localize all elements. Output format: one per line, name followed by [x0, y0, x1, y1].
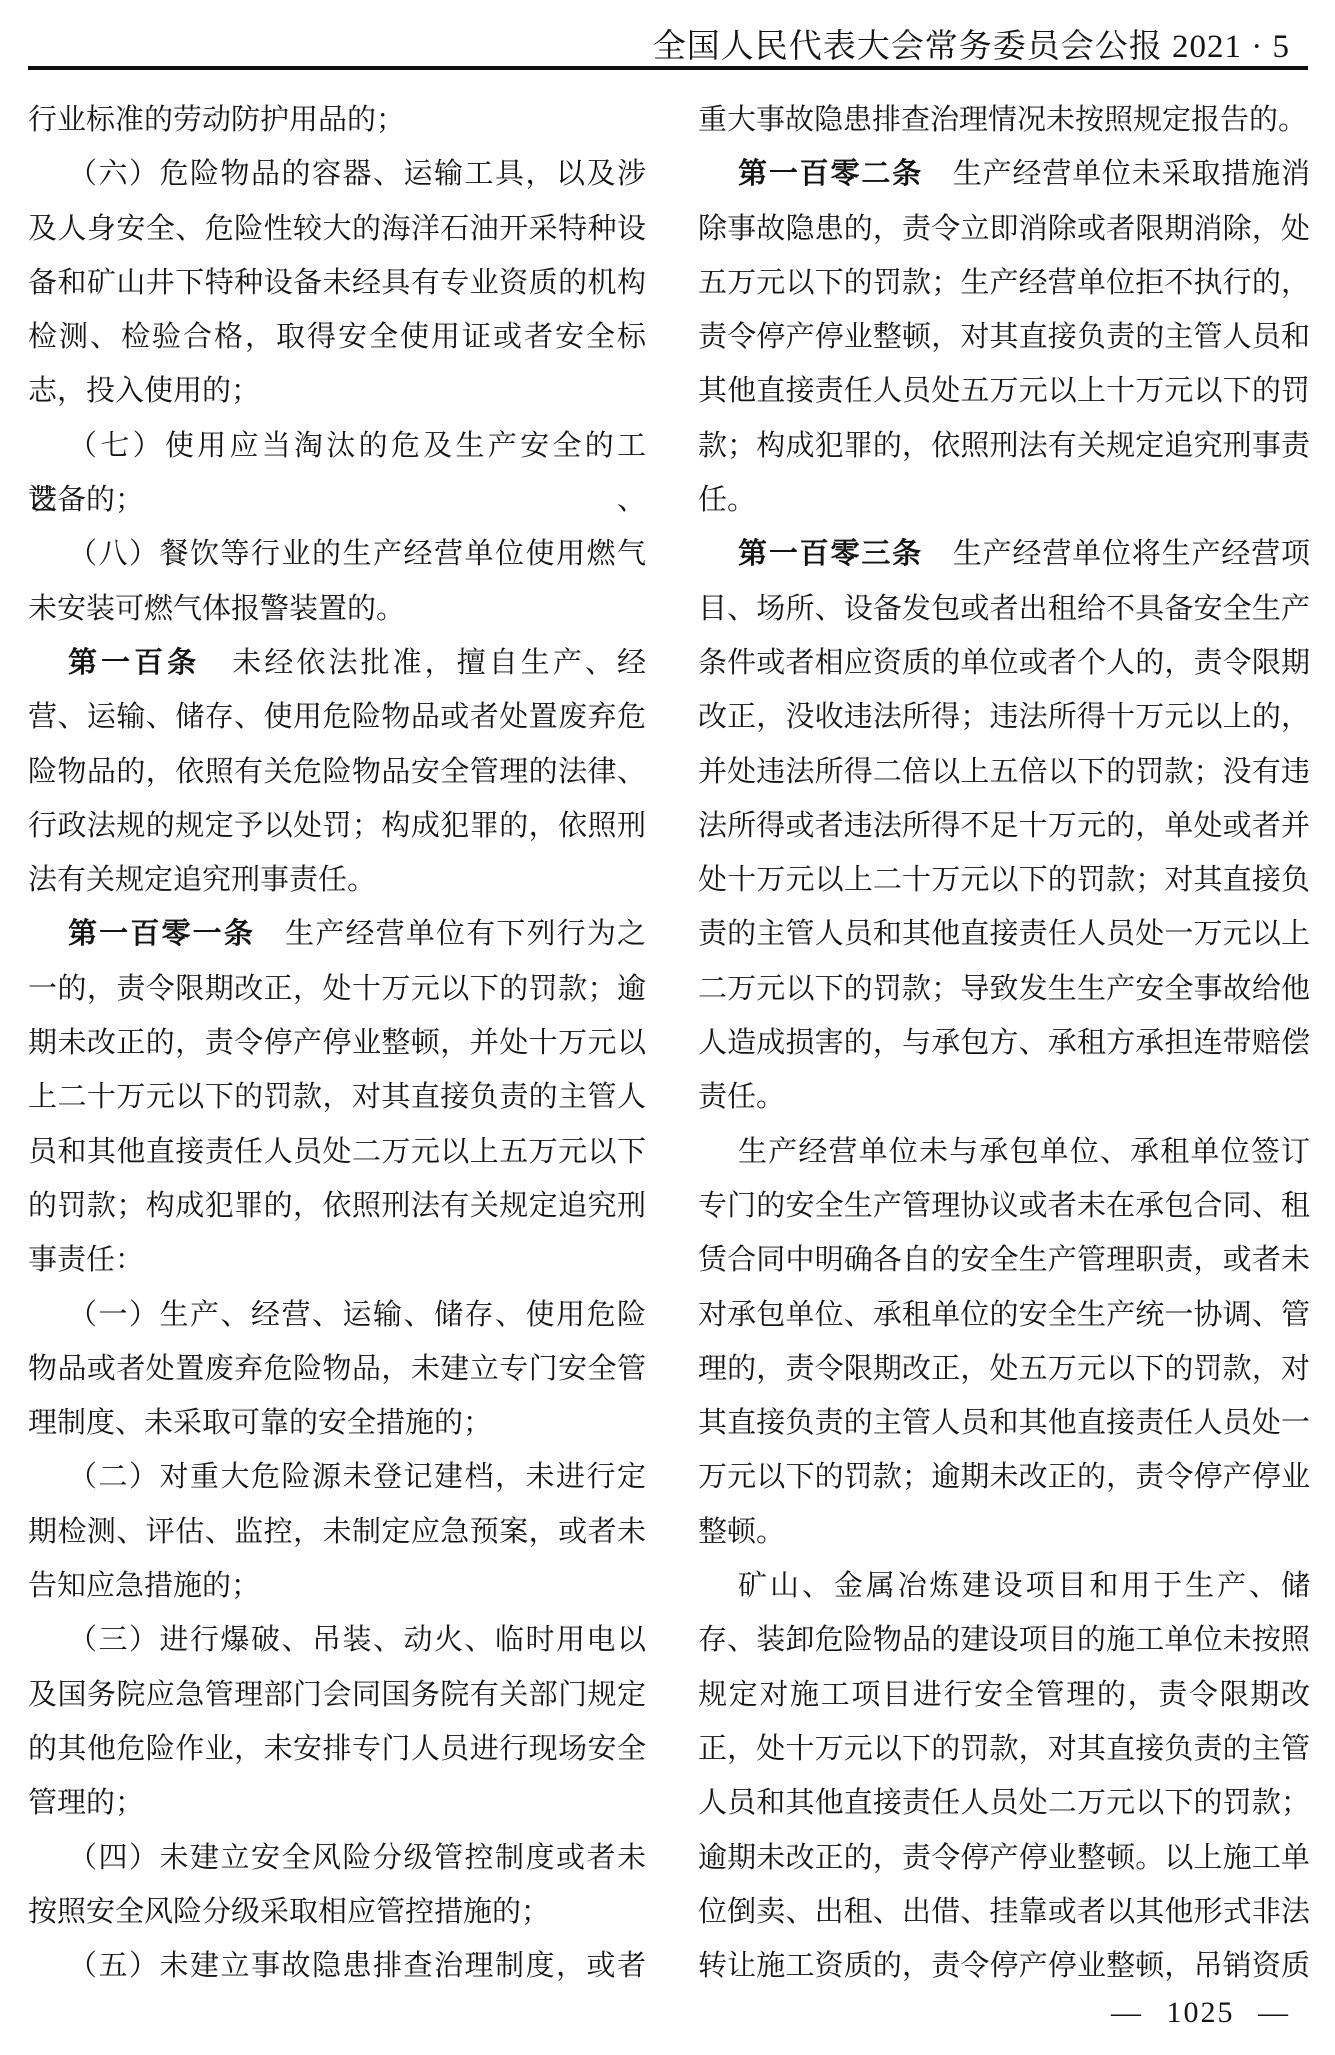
text-line: 志，投入使用的；	[28, 364, 646, 418]
text-line: 一的，责令限期改正，处十万元以下的罚款；逾	[28, 962, 646, 1016]
text-line: 生产经营单位未与承包单位、承租单位签订	[698, 1125, 1310, 1179]
text-line: 除事故隐患的，责令立即消除或者限期消除，处	[698, 202, 1310, 256]
text-line: 对承包单位、承租单位的安全生产统一协调、管	[698, 1288, 1310, 1342]
text-line: 整顿。	[698, 1505, 1310, 1559]
text-line: 的罚款；构成犯罪的，依照刑法有关规定追究刑	[28, 1179, 646, 1233]
text-line: 款；构成犯罪的，依照刑法有关规定追究刑事责	[698, 419, 1310, 473]
text-line: 专门的安全生产管理协议或者未在承包合同、租	[698, 1179, 1310, 1233]
text-line: 员和其他直接责任人员处二万元以上五万元以下	[28, 1125, 646, 1179]
text-line: 其他直接责任人员处五万元以上十万元以下的罚	[698, 364, 1310, 418]
text-line: 行业标准的劳动防护用品的；	[28, 93, 646, 147]
text-line: （六）危险物品的容器、运输工具，以及涉	[28, 147, 646, 201]
text-line: 告知应急措施的；	[28, 1559, 646, 1613]
text-line: 二万元以下的罚款；导致发生生产安全事故给他	[698, 962, 1310, 1016]
text-line: 五万元以下的罚款；生产经营单位拒不执行的，	[698, 256, 1310, 310]
text-line: 营、运输、储存、使用危险物品或者处置废弃危	[28, 690, 646, 744]
text-line: （二）对重大危险源未登记建档，未进行定	[28, 1450, 646, 1504]
text-line: 并处违法所得二倍以上五倍以下的罚款；没有违	[698, 745, 1310, 799]
text-line: 目、场所、设备发包或者出租给不具备安全生产	[698, 582, 1310, 636]
text-line: 位倒卖、出租、出借、挂靠或者以其他形式非法	[698, 1885, 1310, 1939]
text-line: 其直接负责的主管人员和其他直接责任人员处一	[698, 1396, 1310, 1450]
right-text-column: 重大事故隐患排查治理情况未按照规定报告的。第一百零二条 生产经营单位未采取措施消…	[698, 93, 1310, 1993]
text-line: 法有关规定追究刑事责任。	[28, 853, 646, 907]
text-line: 第一百条 未经依法批准，擅自生产、经	[28, 636, 646, 690]
text-line: 法所得或者违法所得不足十万元的，单处或者并	[698, 799, 1310, 853]
article-number: 第一百条	[68, 647, 200, 679]
text-line: 改正，没收违法所得；违法所得十万元以上的，	[698, 690, 1310, 744]
text-line: 未安装可燃气体报警装置的。	[28, 582, 646, 636]
text-line: （八）餐饮等行业的生产经营单位使用燃气	[28, 527, 646, 581]
text-line: 期检测、评估、监控，未制定应急预案，或者未	[28, 1505, 646, 1559]
text-line: 及国务院应急管理部门会同国务院有关部门规定	[28, 1668, 646, 1722]
text-line: 险物品的，依照有关危险物品安全管理的法律、	[28, 745, 646, 799]
text-line: 处十万元以上二十万元以下的罚款；对其直接负	[698, 853, 1310, 907]
text-line: 重大事故隐患排查治理情况未按照规定报告的。	[698, 93, 1310, 147]
text-line: 人造成损害的，与承包方、承租方承担连带赔偿	[698, 1016, 1310, 1070]
text-line: 的其他危险作业，未安排专门人员进行现场安全	[28, 1722, 646, 1776]
text-line: 管理的；	[28, 1776, 646, 1830]
text-line: 理的，责令限期改正，处五万元以下的罚款，对	[698, 1342, 1310, 1396]
text-line: （七）使用应当淘汰的危及生产安全的工艺、	[28, 419, 646, 473]
text-line: 逾期未改正的，责令停产停业整顿。以上施工单	[698, 1831, 1310, 1885]
text-line: 转让施工资质的，责令停产停业整顿，吊销资质	[698, 1939, 1310, 1993]
left-text-column: 行业标准的劳动防护用品的；（六）危险物品的容器、运输工具，以及涉及人身安全、危险…	[28, 93, 646, 1993]
text-line: 责的主管人员和其他直接责任人员处一万元以上	[698, 907, 1310, 961]
article-number: 第一百零一条	[68, 918, 255, 950]
text-line: 按照安全风险分级采取相应管控措施的；	[28, 1885, 646, 1939]
text-line: 及人身安全、危险性较大的海洋石油开采特种设	[28, 202, 646, 256]
text-line: 期未改正的，责令停产停业整顿，并处十万元以	[28, 1016, 646, 1070]
text-line: 行政法规的规定予以处罚；构成犯罪的，依照刑	[28, 799, 646, 853]
text-line: 上二十万元以下的罚款，对其直接负责的主管人	[28, 1070, 646, 1124]
text-line: 任。	[698, 473, 1310, 527]
text-line: 物品或者处置废弃危险物品，未建立专门安全管	[28, 1342, 646, 1396]
page-number-footer: — 1025 —	[1111, 1996, 1290, 2030]
text-line: （四）未建立安全风险分级管控制度或者未	[28, 1831, 646, 1885]
text-line: 第一百零一条 生产经营单位有下列行为之	[28, 907, 646, 961]
text-line: 第一百零三条 生产经营单位将生产经营项	[698, 527, 1310, 581]
text-line: 矿山、金属冶炼建设项目和用于生产、储	[698, 1559, 1310, 1613]
text-line: 理制度、未采取可靠的安全措施的；	[28, 1396, 646, 1450]
text-line: （五）未建立事故隐患排查治理制度，或者	[28, 1939, 646, 1993]
text-line: 正，处十万元以下的罚款，对其直接负责的主管	[698, 1722, 1310, 1776]
gazette-header: 全国人民代表大会常务委员会公报 2021 · 5	[653, 20, 1290, 67]
article-number: 第一百零二条	[738, 158, 923, 190]
header-divider-rule	[28, 66, 1308, 70]
text-line: 责任。	[698, 1070, 1310, 1124]
text-line: 备和矿山井下特种设备未经具有专业资质的机构	[28, 256, 646, 310]
text-line: 规定对施工项目进行安全管理的，责令限期改	[698, 1668, 1310, 1722]
text-line: 检测、检验合格，取得安全使用证或者安全标	[28, 310, 646, 364]
text-line: 事责任：	[28, 1233, 646, 1287]
text-line: 人员和其他直接责任人员处二万元以下的罚款；	[698, 1776, 1310, 1830]
text-line: 第一百零二条 生产经营单位未采取措施消	[698, 147, 1310, 201]
document-page: 全国人民代表大会常务委员会公报 2021 · 5 行业标准的劳动防护用品的；（六…	[0, 0, 1335, 2055]
article-number: 第一百零三条	[738, 538, 923, 570]
text-line: 万元以下的罚款；逾期未改正的，责令停产停业	[698, 1450, 1310, 1504]
text-line: （三）进行爆破、吊装、动火、临时用电以	[28, 1613, 646, 1667]
text-line: 存、装卸危险物品的建设项目的施工单位未按照	[698, 1613, 1310, 1667]
text-line: 赁合同中明确各自的安全生产管理职责，或者未	[698, 1233, 1310, 1287]
text-line: （一）生产、经营、运输、储存、使用危险	[28, 1288, 646, 1342]
text-line: 条件或者相应资质的单位或者个人的，责令限期	[698, 636, 1310, 690]
text-line: 责令停产停业整顿，对其直接负责的主管人员和	[698, 310, 1310, 364]
